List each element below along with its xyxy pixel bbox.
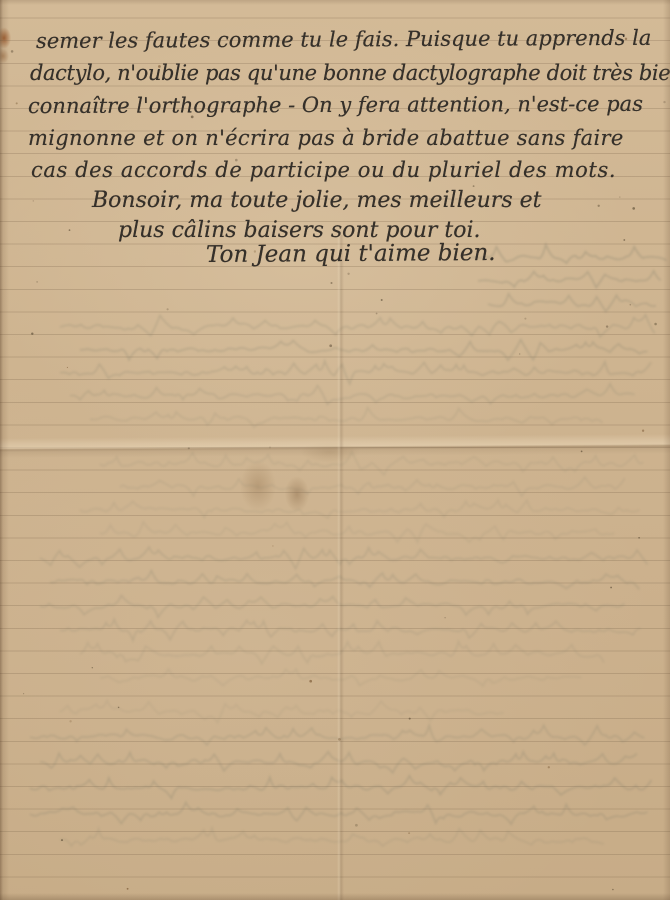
letter-line: dactylo, n'oublie pas qu'une bonne dacty…	[30, 61, 670, 85]
letter-line: mignonne et on n'écrira pas à bride abat…	[28, 126, 624, 150]
letter-line: semer les fautes comme tu le fais. Puisq…	[36, 26, 651, 53]
letter-signature: Ton Jean qui t'aime bien.	[206, 240, 496, 268]
letter-text: semer les fautes comme tu le fais. Puisq…	[0, 0, 670, 900]
letter-line: plus câlins baisers sont pour toi.	[118, 218, 481, 243]
letter-line: connaître l'orthographe - On y fera atte…	[28, 92, 643, 118]
letter-line: cas des accords de participe ou du pluri…	[31, 158, 616, 182]
letter-line: Bonsoir, ma toute jolie, mes meilleurs e…	[92, 188, 541, 213]
letter-page: semer les fautes comme tu le fais. Puisq…	[0, 0, 670, 900]
